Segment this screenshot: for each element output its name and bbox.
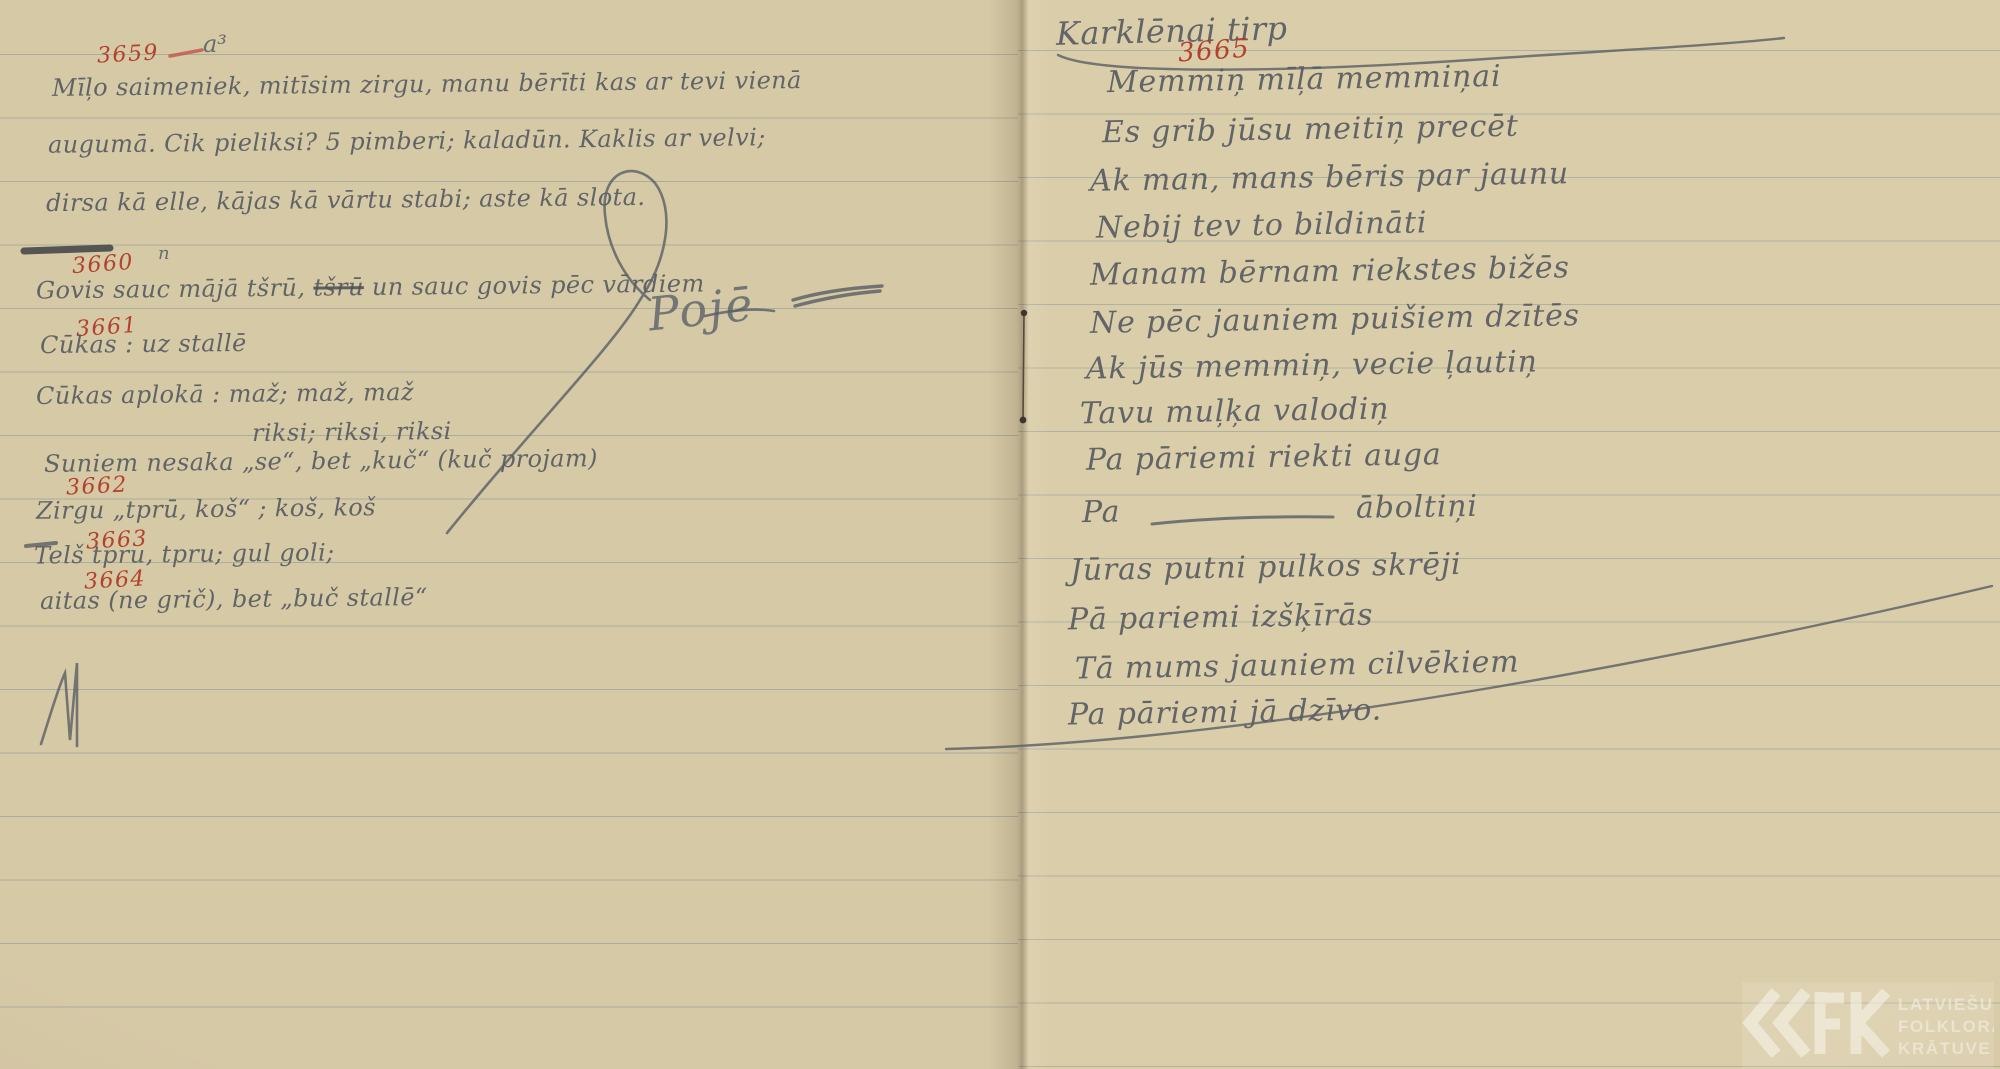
watermark-line: KRĀTUVE: [1898, 1039, 1991, 1058]
line-part: āboltiņi: [1356, 489, 1478, 526]
manuscript-line: aitas (ne grič), bet „buč stallē“: [40, 583, 428, 615]
flourish-word: Pojē: [645, 277, 756, 342]
poem-line: Es grib jūsu meitiņ precēt: [1102, 109, 1519, 151]
lfk-letter-k-icon: [1856, 992, 1886, 1054]
lfk-letter-f-icon: [1820, 992, 1844, 1054]
manuscript-line: riksi; riksi, riksi: [252, 417, 452, 447]
annotation-a3: a³: [203, 30, 227, 58]
watermark-line: FOLKLORAS: [1898, 1017, 1994, 1036]
struck-word: tšrū: [313, 273, 364, 302]
line-part: Govis sauc mājā tšrū,: [36, 274, 306, 305]
lfk-logo: LATVIEŠU FOLKLORAS KRĀTUVE: [1742, 982, 1994, 1069]
poem-line: Pa āboltiņi: [1082, 489, 1478, 530]
blank-gap: [1131, 518, 1346, 521]
poem-line: Pa pāriemi riekti auga: [1086, 437, 1442, 478]
watermark-line: LATVIEŠU: [1898, 995, 1994, 1014]
poem-line: Memmiņ mīļā memmiņai: [1107, 59, 1502, 100]
manuscript-line: Telš tpru, tpru; gul goli;: [34, 538, 335, 569]
entry-number-3659: 3659: [96, 40, 159, 68]
poem-line: Jūras putni pulkos skrēji: [1070, 547, 1462, 588]
manuscript-line: Cūkas : uz stallē: [40, 329, 247, 359]
archive-watermark: LATVIEŠU FOLKLORAS KRĀTUVE: [1742, 982, 1994, 1069]
lfk-chevron-icon: [1750, 992, 1776, 1054]
poem-line: Pa pāriemi jā dzīvo.: [1068, 693, 1382, 733]
manuscript-line: Cūkas aplokā : maž; maž, maž: [36, 378, 414, 410]
lfk-chevron-icon: [1780, 992, 1806, 1054]
page-header: Karklēnai tirp: [1056, 9, 1288, 53]
manuscript-scan: 3659 a³ 3660 n 3661 3662 3663 3664 Mīļo …: [0, 0, 2000, 1069]
poem-line: Tavu muļķa valodiņ: [1080, 392, 1390, 432]
manuscript-line: Zirgu „tprū, koš“ ; koš, koš: [36, 493, 376, 525]
manuscript-line: Suniem nesaka „se“, bet „kuč“ (kuč proja…: [44, 444, 598, 478]
poem-line: Ak jūs memmiņ, vecie ļautiņ: [1086, 344, 1538, 386]
poem-line: Nebij tev to bildināti: [1096, 205, 1428, 245]
left-page: [0, 0, 1018, 1069]
poem-line: Pā pariemi izšķīrās: [1068, 598, 1374, 638]
annotation-n: n: [158, 243, 170, 264]
poem-line: Tā mums jauniem cilvēkiem: [1075, 645, 1520, 687]
line-part: Pa: [1082, 495, 1121, 531]
